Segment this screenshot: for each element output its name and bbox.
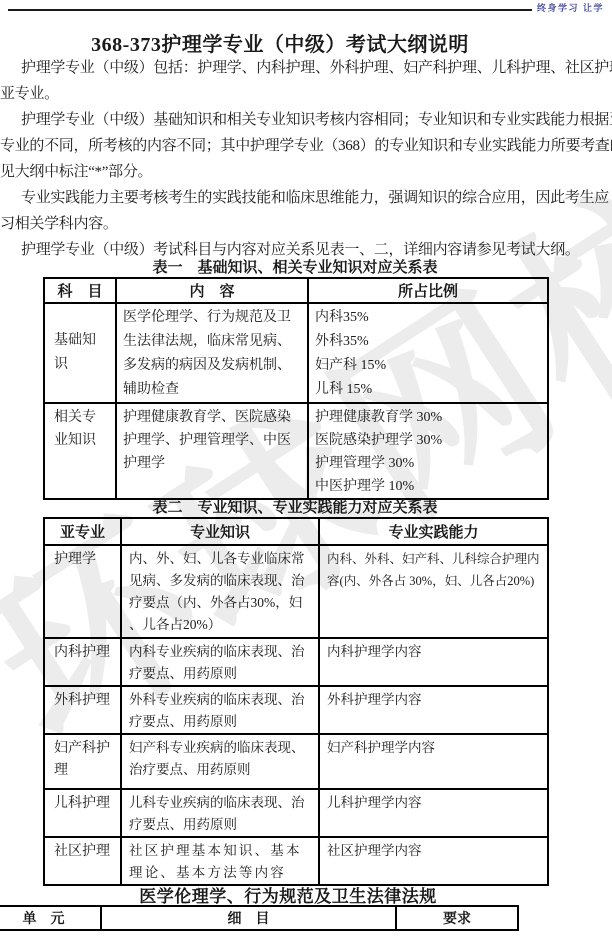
table-row: 社区护理社区护理基本知识、基本理论、基本方法等内容社区护理学内容 (44, 837, 548, 885)
header-rule (8, 9, 532, 11)
table-cell-practice: 内科护理学内容 (319, 638, 548, 686)
table-cell-practice: 妇产科护理学内容 (319, 734, 548, 789)
table3-header-item: 细 目 (101, 906, 396, 930)
table-cell-sub: 儿科护理 (44, 789, 121, 837)
table3-header-unit: 单 元 (0, 906, 101, 930)
paragraph-line: 习相关学科内容。 (0, 211, 612, 237)
table1-header-row: 科 目 内 容 所占比例 (44, 278, 548, 303)
table-cell-content: 医学伦理学、行为规范及卫生法律法规，临床常见病、多发病的病因及发病机制、辅助检查 (116, 303, 308, 403)
table1-header-subject: 科 目 (44, 278, 116, 303)
header-slogan: 终身学习 让学 (537, 1, 604, 14)
table-cell-knowledge: 妇产科专业疾病的临床表现、治疗要点、用药原则 (121, 734, 319, 789)
table1-header-content: 内 容 (116, 278, 308, 303)
table-cell-subject: 基础知识 (44, 303, 116, 403)
paragraph-line: 专业的不同，所考核的内容不同；其中护理学专业（368）的专业知识和专业实践能力所… (0, 133, 612, 159)
paragraph-line: 见大纲中标注“*”部分。 (0, 159, 612, 185)
table-cell-knowledge: 内、外、妇、儿各专业临床常见病、多发病的临床表现、治疗要点（内、外各占30%，妇… (121, 545, 319, 638)
table-cell-knowledge: 外科专业疾病的临床表现、治疗要点、用药原则 (121, 686, 319, 734)
table-row: 护理学内、外、妇、儿各专业临床常见病、多发病的临床表现、治疗要点（内、外各占30… (44, 545, 548, 638)
paragraph-line: 亚专业。 (0, 81, 612, 107)
paragraph-line: 护理学专业（中级）基础知识和相关专业知识考核内容相同；专业知识和专业实践能力根据… (0, 107, 612, 133)
table1-caption: 表一 基础知识、相关专业知识对应关系表 (43, 256, 547, 277)
table-cell-knowledge: 社区护理基本知识、基本理论、基本方法等内容 (121, 837, 319, 885)
table-cell-ratio: 内科35% 外科35% 妇产科 15% 儿科 15% (308, 303, 548, 403)
document-page: 环球网校 终身学习 让学 368-373护理学专业（中级）考试大纲说明 护理学专… (0, 0, 612, 944)
table-row: 外科护理外科专业疾病的临床表现、治疗要点、用药原则外科护理学内容 (44, 686, 548, 734)
table1-header-ratio: 所占比例 (308, 278, 548, 303)
table-cell-sub: 社区护理 (44, 837, 121, 885)
table-cell-sub: 内科护理 (44, 638, 121, 686)
table-cell-subject: 相关专业知识 (44, 403, 116, 499)
table3-header-requirement: 要求 (396, 906, 518, 930)
table2-header-knowledge: 专业知识 (121, 518, 319, 545)
table2-subspecialties: 亚专业 专业知识 专业实践能力 护理学内、外、妇、儿各专业临床常见病、多发病的临… (43, 517, 549, 886)
table-cell-sub: 外科护理 (44, 686, 121, 734)
table3-outline-header: 单 元 细 目 要求 (0, 905, 519, 931)
table-cell-practice: 社区护理学内容 (319, 837, 548, 885)
table2-header-practice: 专业实践能力 (319, 518, 548, 545)
table-row: 内科护理内科专业疾病的临床表现、治疗要点、用药原则内科护理学内容 (44, 638, 548, 686)
table-cell-practice: 儿科护理学内容 (319, 789, 548, 837)
table-cell-knowledge: 内科专业疾病的临床表现、治疗要点、用药原则 (121, 638, 319, 686)
table-row: 基础知识医学伦理学、行为规范及卫生法律法规，临床常见病、多发病的病因及发病机制、… (44, 303, 548, 403)
table-cell-sub: 妇产科护理 (44, 734, 121, 789)
table-cell-knowledge: 儿科专业疾病的临床表现、治疗要点、用药原则 (121, 789, 319, 837)
page-title: 368-373护理学专业（中级）考试大纲说明 (0, 28, 560, 57)
table-row: 儿科护理儿科专业疾病的临床表现、治疗要点、用药原则儿科护理学内容 (44, 789, 548, 837)
paragraph-line: 护理学专业（中级）包括：护理学、内科护理、外科护理、妇产科护理、儿科护理、社区护… (0, 55, 612, 81)
table-cell-practice: 外科护理学内容 (319, 686, 548, 734)
table-cell-sub: 护理学 (44, 545, 121, 638)
section-heading: 医学伦理学、行为规范及卫生法律法规 (0, 882, 576, 907)
table-cell-content: 护理健康教育学、医院感染护理学、护理管理学、中医护理学 (116, 403, 308, 499)
table2-caption: 表二 专业知识、专业实践能力对应关系表 (43, 496, 547, 517)
intro-paragraphs: 护理学专业（中级）包括：护理学、内科护理、外科护理、妇产科护理、儿科护理、社区护… (0, 55, 612, 263)
table2-header-subspecialty: 亚专业 (44, 518, 121, 545)
table3-header-row: 单 元 细 目 要求 (0, 906, 518, 930)
table-cell-ratio: 护理健康教育学 30% 医院感染护理学 30% 护理管理学 30% 中医护理学 … (308, 403, 548, 499)
table1-basic-knowledge: 科 目 内 容 所占比例 基础知识医学伦理学、行为规范及卫生法律法规，临床常见病… (43, 277, 549, 500)
table-cell-practice: 内科、外科、妇产科、儿科综合护理内容(内、外各占 30%，妇、儿各占20%) (319, 545, 548, 638)
paragraph-line: 专业实践能力主要考核考生的实践技能和临床思维能力，强调知识的综合应用，因此考生应 (0, 185, 612, 211)
table-row: 相关专业知识护理健康教育学、医院感染护理学、护理管理学、中医护理学护理健康教育学… (44, 403, 548, 499)
table-row: 妇产科护理妇产科专业疾病的临床表现、治疗要点、用药原则妇产科护理学内容 (44, 734, 548, 789)
table2-header-row: 亚专业 专业知识 专业实践能力 (44, 518, 548, 545)
